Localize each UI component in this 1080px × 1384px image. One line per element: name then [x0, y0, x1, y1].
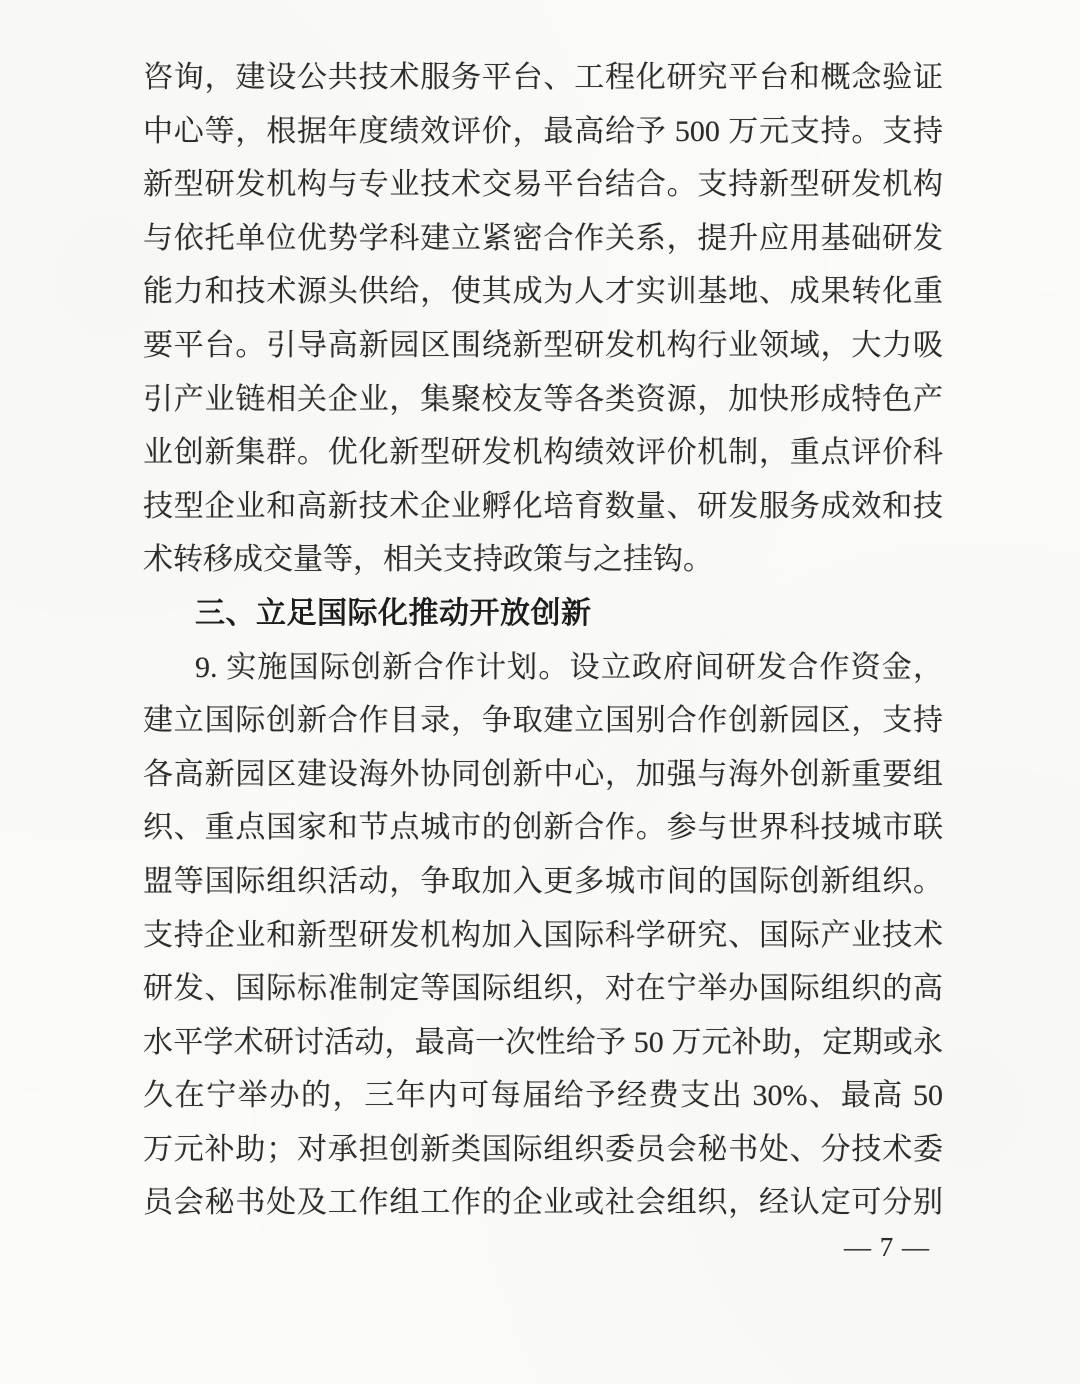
text-line: 建立国际创新合作目录，争取建立国别合作创新园区，支持: [143, 694, 943, 748]
text-line: 要平台。引导高新园区围绕新型研发机构行业领域，大力吸: [143, 319, 943, 373]
section-heading: 三、立足国际化推动开放创新: [143, 587, 943, 641]
text-line: 研发、国际标准制定等国际组织，对在宁举办国际组织的高: [143, 962, 943, 1016]
text-line: 员会秘书处及工作组工作的企业或社会组织，经认定可分别: [143, 1176, 943, 1230]
text-line: 万元补助；对承担创新类国际组织委员会秘书处、分技术委: [143, 1123, 943, 1177]
text-line: 能力和技术源头供给，使其成为人才实训基地、成果转化重: [143, 265, 943, 319]
text-line: 与依托单位优势学科建立紧密合作关系，提升应用基础研发: [143, 212, 943, 266]
text-line: 业创新集群。优化新型研发机构绩效评价机制，重点评价科: [143, 426, 943, 480]
text-line: 术转移成交量等，相关支持政策与之挂钩。: [143, 533, 943, 587]
text-line: 9. 实施国际创新合作计划。设立政府间研发合作资金，: [143, 641, 943, 695]
document-page: 咨询，建设公共技术服务平台、工程化研究平台和概念验证 中心等，根据年度绩效评价，…: [0, 0, 1080, 1384]
document-body: 咨询，建设公共技术服务平台、工程化研究平台和概念验证 中心等，根据年度绩效评价，…: [143, 51, 943, 1230]
text-line: 引产业链相关企业，集聚校友等各类资源，加快形成特色产: [143, 373, 943, 427]
text-line: 中心等，根据年度绩效评价，最高给予 500 万元支持。支持: [143, 105, 943, 159]
text-line: 技型企业和高新技术企业孵化培育数量、研发服务成效和技: [143, 480, 943, 534]
text-line: 水平学术研讨活动，最高一次性给予 50 万元补助，定期或永: [143, 1016, 943, 1070]
text-line: 织、重点国家和节点城市的创新合作。参与世界科技城市联: [143, 801, 943, 855]
text-line: 各高新园区建设海外协同创新中心，加强与海外创新重要组: [143, 748, 943, 802]
text-line: 新型研发机构与专业技术交易平台结合。支持新型研发机构: [143, 158, 943, 212]
text-line: 支持企业和新型研发机构加入国际科学研究、国际产业技术: [143, 909, 943, 963]
text-line: 盟等国际组织活动，争取加入更多城市间的国际创新组织。: [143, 855, 943, 909]
text-line: 久在宁举办的，三年内可每届给予经费支出 30%、最高 50: [143, 1069, 943, 1123]
page-number: — 7 —: [844, 1227, 930, 1267]
text-line: 咨询，建设公共技术服务平台、工程化研究平台和概念验证: [143, 51, 943, 105]
